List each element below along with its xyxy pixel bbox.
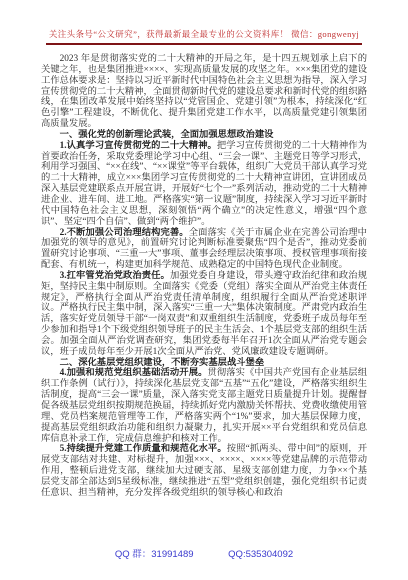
document-body: 2023 年是贯彻落实党的二十大精神的开局之年，是十四五规划承上启下的关键之年，…	[41, 54, 367, 499]
paragraph-4-text: 贯彻落实《中国共产党国有企业基层组织工作条例（试行）》，持续深化基层党支部“五基…	[41, 368, 367, 443]
paragraph-1-lead: 1.认真学习宣传贯彻党的二十大精神。	[60, 141, 217, 151]
paragraph-3-lead: 3.扛牢管党治党政治责任。	[60, 271, 170, 281]
paragraph-3-text: 加强党委自身建设，带头遵守政治纪律和政治规矩，坚持民主集中制原则。全面落实《党委…	[41, 271, 367, 357]
page-footer: QQ 群：31991489 QQ:535304092	[0, 546, 408, 560]
footer-qq: QQ:535304092	[228, 549, 293, 560]
section-heading-2: 二、深化基层党组织建设，不断夯实基层战斗堡垒	[41, 358, 367, 369]
paragraph-1-text: 把学习宣传贯彻党的二十大精神作为首要政治任务，采取党委理论学习中心组、“三会一课…	[41, 141, 367, 227]
paragraph-2-lead: 2.不断加强公司治理结构完善。	[60, 228, 189, 238]
paragraph-4: 4.加强和规范党组织基础活动开展。贯彻落实《中国共产党国有企业基层组织工作条例（…	[41, 368, 367, 444]
paragraph-intro: 2023 年是贯彻落实党的二十大精神的开局之年，是十四五规划承上启下的关键之年，…	[41, 54, 367, 130]
footer-qq-group: QQ 群：31991489	[115, 549, 194, 560]
paragraph-intro-text: 2023 年是贯彻落实党的二十大精神的开局之年，是十四五规划承上启下的关键之年，…	[41, 54, 367, 129]
section-heading-1-text: 一、强化党的创新理论武装，全面加强思想政治建设	[60, 130, 274, 140]
paragraph-3: 3.扛牢管党治党政治责任。加强党委自身建设，带头遵守政治纪律和政治规矩，坚持民主…	[41, 271, 367, 358]
document-page: 关注头条号“公文研究”，获得最新最全最专业的公文资料库！ 微信：gongweny…	[0, 0, 408, 580]
paragraph-5: 5.持续提升党建工作质量和规范化水平。按照“抓两头、带中间”的原则，开展党支部结…	[41, 444, 367, 498]
page-header: 关注头条号“公文研究”，获得最新最全最专业的公文资料库！ 微信：gongweny…	[0, 24, 408, 45]
section-heading-1: 一、强化党的创新理论武装，全面加强思想政治建设	[41, 130, 367, 141]
paragraph-5-lead: 5.持续提升党建工作质量和规范化水平。	[60, 444, 227, 454]
paragraph-2: 2.不断加强公司治理结构完善。全面落实《关于市属企业在完善公司治理中加强党的领导…	[41, 228, 367, 271]
section-heading-2-text: 二、深化基层党组织建设，不断夯实基层战斗堡垒	[60, 358, 265, 368]
header-banner-text: 关注头条号“公文研究”，获得最新最全最专业的公文资料库！ 微信：gongweny…	[46, 28, 362, 45]
paragraph-4-lead: 4.加强和规范党组织基础活动开展。	[60, 368, 208, 378]
paragraph-1: 1.认真学习宣传贯彻党的二十大精神。把学习宣传贯彻党的二十大精神作为首要政治任务…	[41, 141, 367, 228]
